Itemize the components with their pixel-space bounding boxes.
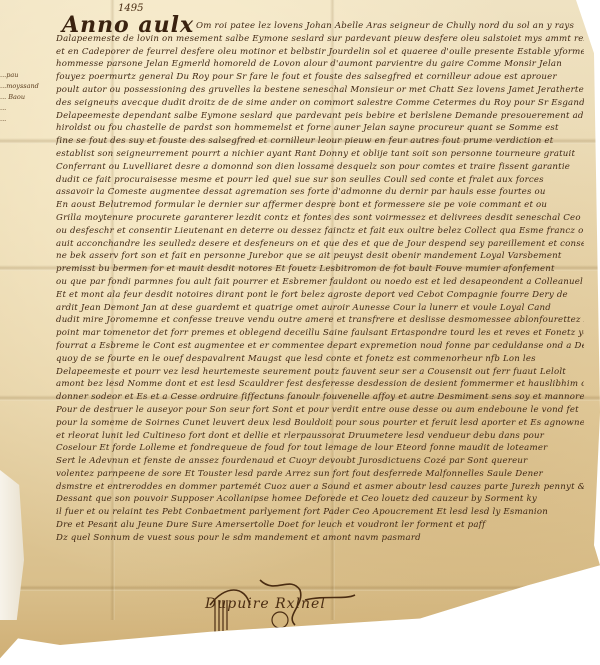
manuscript-line: fine se fout des suy et fouste des salse… <box>56 135 584 148</box>
manuscript-line: ou desfeschr et consentir Lieutenant en … <box>56 225 584 238</box>
manuscript-line: Dre et Pesant alu Jeune Dure Sure Amerse… <box>56 519 584 532</box>
manuscript-line: premisst bu bermen for et mauit desdit n… <box>56 263 584 276</box>
manuscript-line: dudit ce fait procuraisesse mesme et pou… <box>56 174 584 187</box>
manuscript-line: des seigneurs avecque dudit droitz de de… <box>56 97 584 110</box>
manuscript-line: hommesse parsone Jelan Egmerld homoreld … <box>56 58 584 71</box>
manuscript-line: Delapeemeste dependant salbe Eymone sesl… <box>56 110 584 123</box>
parchment-sheet: 1495 Anno aulx ...pau ...moyssand ... Ba… <box>0 0 600 665</box>
manuscript-line: ou que par fondi parmnes fou ault fait p… <box>56 276 584 289</box>
manuscript-line: pour la someme de Soirnes Cunet leuvert … <box>56 417 584 430</box>
manuscript-line: assavoir la Comeste augmentee dessat agr… <box>56 186 584 199</box>
manuscript-line: fouyez poermurtz general Du Roy pour Sr … <box>56 71 584 84</box>
margin-note: ...pau ...moyssand ... Baou ... ... <box>0 70 52 125</box>
manuscript-line: establist son seigneurrement pourrt a ni… <box>56 148 584 161</box>
manuscript-line: il fuer et ou relaint tes Pebt Conbaetme… <box>56 506 584 519</box>
manuscript-line: quoy de se fourte en le ouef despavalren… <box>56 353 584 366</box>
manuscript-line: ne bek asserv fort son et fait en person… <box>56 250 584 263</box>
manuscript-page: 1495 Anno aulx ...pau ...moyssand ... Ba… <box>0 0 600 665</box>
manuscript-line: Delapeemeste et pourr vez lesd heurtemes… <box>56 366 584 379</box>
manuscript-line: volentez parnpeene de sore Et Touster le… <box>56 468 584 481</box>
manuscript-line: donner sodeor et Es et a Cesse ordruire … <box>56 391 584 404</box>
manuscript-line: point mar tomenetor det forr premes et o… <box>56 327 584 340</box>
manuscript-body: Om roi patee lez lovens Johan Abelle Ara… <box>56 20 584 545</box>
manuscript-line: poult autor ou possessioning des gruvell… <box>56 84 584 97</box>
manuscript-line: ardit Jean Demont Jan at dese guardemt e… <box>56 302 584 315</box>
manuscript-line: hiroldst ou fou chastelle de pardst son … <box>56 122 584 135</box>
manuscript-line: Et et mont ala feur desdit notoires dira… <box>56 289 584 302</box>
manuscript-line: fourrat a Esbreme le Cont est augmentee … <box>56 340 584 353</box>
manuscript-line: et rleorat lunit led Cultineso fort dont… <box>56 430 584 443</box>
manuscript-line: Om roi patee lez lovens Johan Abelle Ara… <box>56 20 584 33</box>
manuscript-line: et en Cadeporer de feurrel desfere oleu … <box>56 46 584 59</box>
manuscript-line: Conferrant ou Luvelliaret desre a domonn… <box>56 161 584 174</box>
manuscript-line: Grilla moytenure procurete garanterer le… <box>56 212 584 225</box>
manuscript-line: Sert le Adevnun et fenste de anssez four… <box>56 455 584 468</box>
manuscript-line: En aoust Belutremod formular le dernier … <box>56 199 584 212</box>
manuscript-line: amont bez lesd Nomme dont et est lesd Sc… <box>56 378 584 391</box>
manuscript-line: Pour de destruer le auseyor pour Son seu… <box>56 404 584 417</box>
manuscript-line: Coselour Et forde Lolleme et fondrequeue… <box>56 442 584 455</box>
manuscript-line: dudit mire Joromemne et confesse treuve … <box>56 314 584 327</box>
signature-flourish <box>205 575 365 635</box>
manuscript-line: Dalapeemeste de lovin on mesement salbe … <box>56 33 584 46</box>
manuscript-line: dsmstre et entreroddes en dommer partemé… <box>56 481 584 494</box>
manuscript-line: auit acconchandre les seulledz desere et… <box>56 238 584 251</box>
manuscript-line: Dessant que son pouvoir Supposer Acollan… <box>56 493 584 506</box>
manuscript-line: Dz quel Sonnum de vuest sous pour le sdm… <box>56 532 584 545</box>
